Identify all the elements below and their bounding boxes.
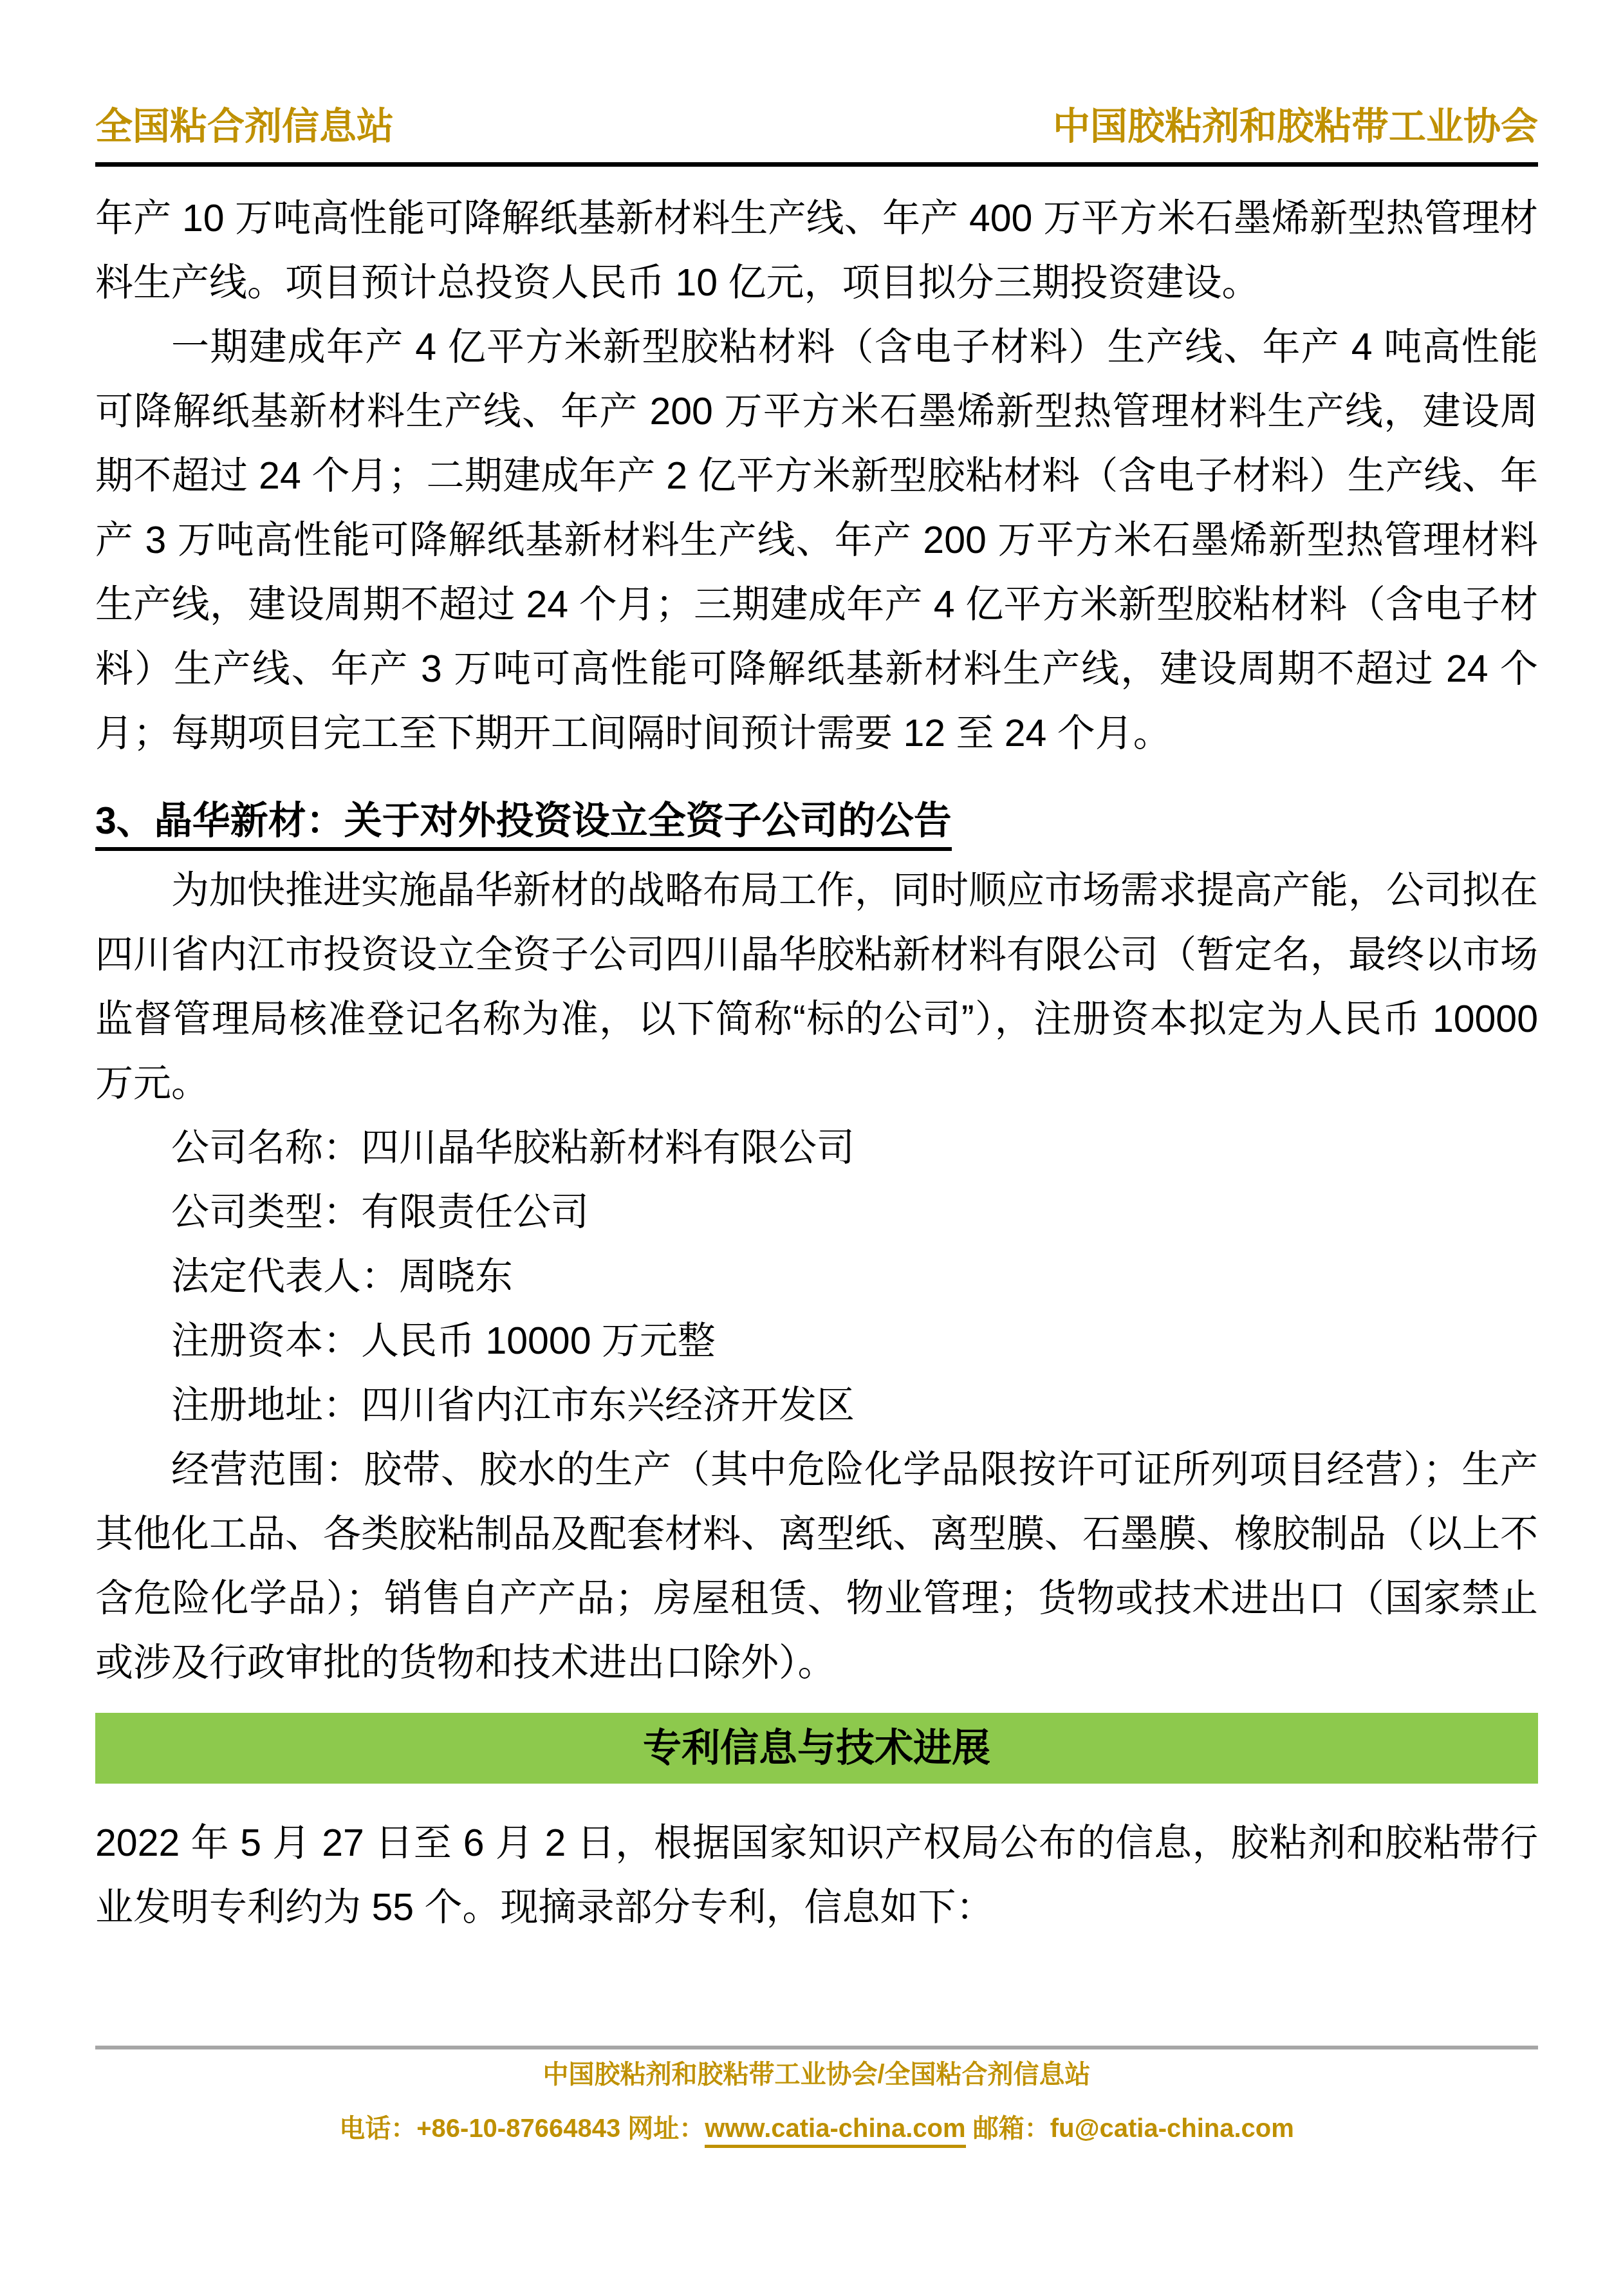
email-label: 邮箱： — [973, 2114, 1050, 2143]
phone-label: 电话： — [339, 2114, 416, 2143]
footer-contact-line: 电话：+86-10-87664843 网址：www.catia-china.co… — [95, 2111, 1538, 2146]
paragraph-project-phases: 一期建成年产 4 亿平方米新型胶粘材料（含电子材料）生产线、年产 4 吨高性能可… — [95, 315, 1538, 765]
company-detail-capital: 注册资本：人民币 10000 万元整 — [95, 1309, 1538, 1373]
patent-section-banner: 专利信息与技术进展 — [95, 1713, 1538, 1784]
header-right-title: 中国胶粘剂和胶粘带工业协会 — [1053, 100, 1538, 153]
patent-banner-title: 专利信息与技术进展 — [643, 1716, 990, 1780]
header-left-title: 全国粘合剂信息站 — [95, 100, 394, 153]
document-body: 年产 10 万吨高性能可降解纸基新材料生产线、年产 400 万平方米石墨烯新型热… — [95, 186, 1538, 1939]
section-heading-text: 3、晶华新材：关于对外投资设立全资子公司的公告 — [95, 799, 952, 851]
page-header: 全国粘合剂信息站 中国胶粘剂和胶粘带工业协会 — [95, 0, 1538, 153]
company-detail-address: 注册地址：四川省内江市东兴经济开发区 — [95, 1373, 1538, 1437]
paragraph-patent-summary: 2022 年 5 月 27 日至 6 月 2 日，根据国家知识产权局公布的信息，… — [95, 1811, 1538, 1939]
company-detail-business-scope: 经营范围：胶带、胶水的生产（其中危险化学品限按许可证所列项目经营）；生产其他化工… — [95, 1437, 1538, 1695]
newsletter-page: 全国粘合剂信息站 中国胶粘剂和胶粘带工业协会 年产 10 万吨高性能可降解纸基新… — [0, 0, 1623, 2296]
email-address: fu@catia-china.com — [1050, 2114, 1294, 2143]
section-heading-3: 3、晶华新材：关于对外投资设立全资子公司的公告 — [95, 787, 1538, 854]
website-link[interactable]: www.catia-china.com — [705, 2114, 965, 2148]
company-detail-name: 公司名称：四川晶华胶粘新材料有限公司 — [95, 1115, 1538, 1180]
company-detail-legal-rep: 法定代表人：周晓东 — [95, 1244, 1538, 1309]
website-label: 网址： — [627, 2114, 705, 2143]
page-footer: 中国胶粘剂和胶粘带工业协会/全国粘合剂信息站 电话：+86-10-8766484… — [95, 2046, 1538, 2146]
paragraph-production-lines: 年产 10 万吨高性能可降解纸基新材料生产线、年产 400 万平方米石墨烯新型热… — [95, 186, 1538, 315]
phone-number: +86-10-87664843 — [416, 2114, 620, 2143]
footer-org-line: 中国胶粘剂和胶粘带工业协会/全国粘合剂信息站 — [95, 2057, 1538, 2092]
footer-rule — [95, 2046, 1538, 2049]
header-rule — [95, 162, 1538, 167]
paragraph-investment-intro: 为加快推进实施晶华新材的战略布局工作，同时顺应市场需求提高产能，公司拟在四川省内… — [95, 858, 1538, 1115]
company-detail-type: 公司类型：有限责任公司 — [95, 1180, 1538, 1244]
